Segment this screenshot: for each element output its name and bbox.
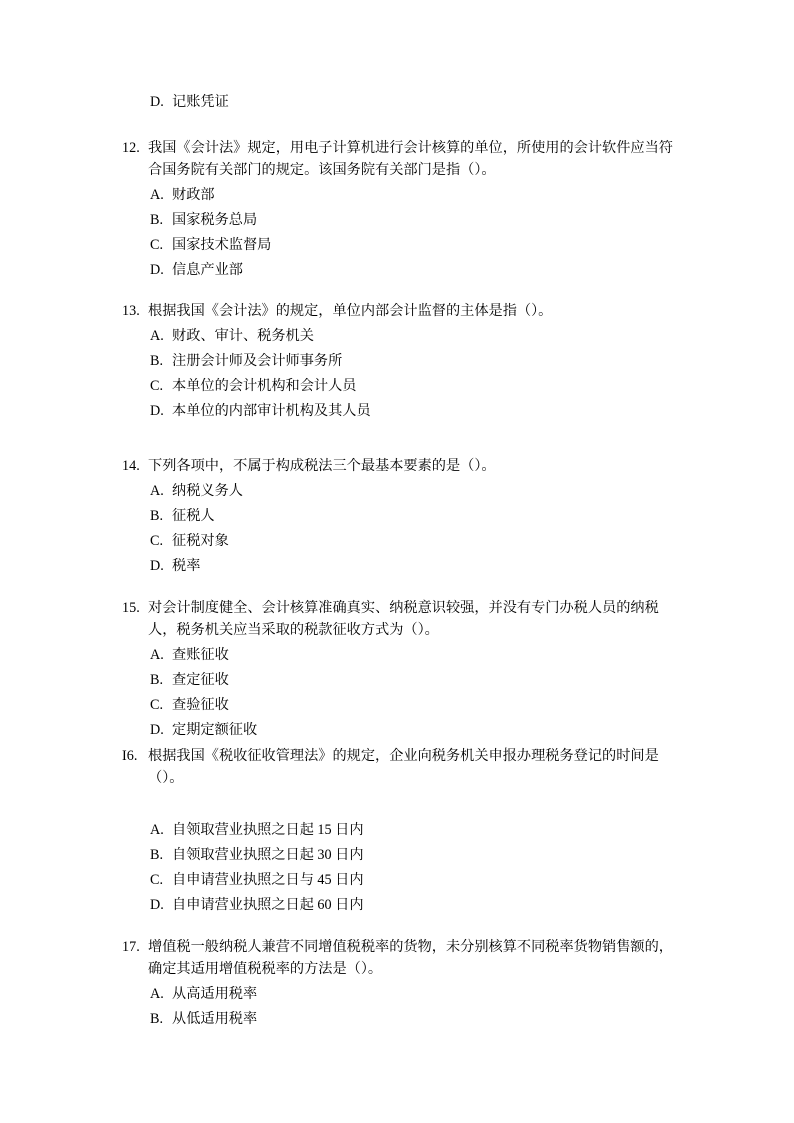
option-text: 本单位的内部审计机构及其人员 <box>172 399 674 424</box>
question-text: 根据我国《税收征收管理法》的规定，企业向税务机关申报办理税务登记的时间是（）。 <box>148 745 674 789</box>
question-row: 17. 增值税一般纳税人兼营不同增值税税率的货物，未分别核算不同税率货物销售额的… <box>120 936 674 980</box>
option-row: D. 定期定额征收 <box>150 718 674 743</box>
option-row: A. 从高适用税率 <box>150 982 674 1007</box>
option-row: C. 本单位的会计机构和会计人员 <box>150 374 674 399</box>
question-number: 14. <box>120 455 148 477</box>
option-text: 纳税义务人 <box>172 479 674 504</box>
option-text: 从高适用税率 <box>172 982 674 1007</box>
option-row: B. 国家税务总局 <box>150 208 674 233</box>
option-label: B. <box>150 504 172 529</box>
option-row: B. 征税人 <box>150 504 674 529</box>
question-number: 13. <box>120 300 148 322</box>
option-text: 记账凭证 <box>172 90 674 115</box>
question-text: 根据我国《会计法》的规定，单位内部会计监督的主体是指（）。 <box>148 300 674 322</box>
question-row: 14. 下列各项中，不属于构成税法三个最基本要素的是（）。 <box>120 455 674 477</box>
option-text: 查验征收 <box>172 693 674 718</box>
question-block: 13. 根据我国《会计法》的规定，单位内部会计监督的主体是指（）。 A. 财政、… <box>120 300 674 424</box>
option-text: 从低适用税率 <box>172 1007 674 1032</box>
option-row: C. 自申请营业执照之日与 45 日内 <box>150 868 674 893</box>
question-row: 12. 我国《会计法》规定，用电子计算机进行会计核算的单位，所使用的会计软件应当… <box>120 137 674 181</box>
option-label: A. <box>150 643 172 668</box>
question-block: I6. 根据我国《税收征收管理法》的规定，企业向税务机关申报办理税务登记的时间是… <box>120 745 674 918</box>
question-text: 对会计制度健全、会计核算准确真实、纳税意识较强，并没有专门办税人员的纳税人，税务… <box>148 597 674 641</box>
option-label: B. <box>150 843 172 868</box>
option-row: A. 查账征收 <box>150 643 674 668</box>
option-text: 注册会计师及会计师事务所 <box>172 349 674 374</box>
option-label: B. <box>150 349 172 374</box>
option-label: C. <box>150 868 172 893</box>
option-label: D. <box>150 893 172 918</box>
option-text: 财政、审计、税务机关 <box>172 324 674 349</box>
question-number: 17. <box>120 936 148 980</box>
question-number: 12. <box>120 137 148 181</box>
options-list: A. 纳税义务人 B. 征税人 C. 征税对象 D. 税率 <box>120 479 674 579</box>
option-text: 自领取营业执照之日起 30 日内 <box>172 843 674 868</box>
option-label: B. <box>150 208 172 233</box>
question-block: 14. 下列各项中，不属于构成税法三个最基本要素的是（）。 A. 纳税义务人 B… <box>120 455 674 579</box>
option-label: A. <box>150 818 172 843</box>
option-row: A. 纳税义务人 <box>150 479 674 504</box>
option-label: D. <box>150 258 172 283</box>
question-text: 我国《会计法》规定，用电子计算机进行会计核算的单位，所使用的会计软件应当符合国务… <box>148 137 674 181</box>
question-block: 15. 对会计制度健全、会计核算准确真实、纳税意识较强，并没有专门办税人员的纳税… <box>120 597 674 743</box>
option-text: 自申请营业执照之日与 45 日内 <box>172 868 674 893</box>
option-row: C. 征税对象 <box>150 529 674 554</box>
option-text: 国家税务总局 <box>172 208 674 233</box>
option-text: 信息产业部 <box>172 258 674 283</box>
option-row: B. 从低适用税率 <box>150 1007 674 1032</box>
options-list: A. 自领取营业执照之日起 15 日内 B. 自领取营业执照之日起 30 日内 … <box>120 818 674 918</box>
question-row: 15. 对会计制度健全、会计核算准确真实、纳税意识较强，并没有专门办税人员的纳税… <box>120 597 674 641</box>
question-block: 17. 增值税一般纳税人兼营不同增值税税率的货物，未分别核算不同税率货物销售额的… <box>120 936 674 1032</box>
options-list: A. 查账征收 B. 查定征收 C. 查验征收 D. 定期定额征收 <box>120 643 674 743</box>
option-label: A. <box>150 183 172 208</box>
option-label: A. <box>150 479 172 504</box>
option-label: D. <box>150 718 172 743</box>
question-text: 下列各项中，不属于构成税法三个最基本要素的是（）。 <box>148 455 674 477</box>
option-row: D. 本单位的内部审计机构及其人员 <box>150 399 674 424</box>
question-row: 13. 根据我国《会计法》的规定，单位内部会计监督的主体是指（）。 <box>120 300 674 322</box>
option-text: 征税对象 <box>172 529 674 554</box>
option-row: D. 信息产业部 <box>150 258 674 283</box>
option-text: 定期定额征收 <box>172 718 674 743</box>
option-label: B. <box>150 668 172 693</box>
option-row: B. 查定征收 <box>150 668 674 693</box>
option-label: C. <box>150 233 172 258</box>
document-page: D. 记账凭证 12. 我国《会计法》规定，用电子计算机进行会计核算的单位，所使… <box>0 0 794 1123</box>
option-label: D. <box>150 554 172 579</box>
option-text: 税率 <box>172 554 674 579</box>
question-number: 15. <box>120 597 148 641</box>
option-label: D. <box>150 90 172 115</box>
options-list: A. 财政、审计、税务机关 B. 注册会计师及会计师事务所 C. 本单位的会计机… <box>120 324 674 424</box>
option-row: D. 税率 <box>150 554 674 579</box>
option-row: A. 财政部 <box>150 183 674 208</box>
option-text: 查账征收 <box>172 643 674 668</box>
option-row: B. 自领取营业执照之日起 30 日内 <box>150 843 674 868</box>
option-row: D. 记账凭证 <box>150 90 674 115</box>
option-text: 自领取营业执照之日起 15 日内 <box>172 818 674 843</box>
option-label: B. <box>150 1007 172 1032</box>
option-text: 本单位的会计机构和会计人员 <box>172 374 674 399</box>
option-text: 查定征收 <box>172 668 674 693</box>
option-label: C. <box>150 693 172 718</box>
option-label: A. <box>150 982 172 1007</box>
options-list: A. 财政部 B. 国家税务总局 C. 国家技术监督局 D. 信息产业部 <box>120 183 674 283</box>
option-label: C. <box>150 374 172 399</box>
option-label: D. <box>150 399 172 424</box>
options-list: A. 从高适用税率 B. 从低适用税率 <box>120 982 674 1032</box>
option-text: 征税人 <box>172 504 674 529</box>
option-label: C. <box>150 529 172 554</box>
option-text: 自申请营业执照之日起 60 日内 <box>172 893 674 918</box>
option-row: D. 自申请营业执照之日起 60 日内 <box>150 893 674 918</box>
option-text: 财政部 <box>172 183 674 208</box>
question-block: 12. 我国《会计法》规定，用电子计算机进行会计核算的单位，所使用的会计软件应当… <box>120 137 674 283</box>
option-text: 国家技术监督局 <box>172 233 674 258</box>
question-number: I6. <box>120 745 148 789</box>
option-row: C. 国家技术监督局 <box>150 233 674 258</box>
option-row: A. 财政、审计、税务机关 <box>150 324 674 349</box>
question-row: I6. 根据我国《税收征收管理法》的规定，企业向税务机关申报办理税务登记的时间是… <box>120 745 674 789</box>
question-text: 增值税一般纳税人兼营不同增值税税率的货物，未分别核算不同税率货物销售额的，确定其… <box>148 936 674 980</box>
option-row: B. 注册会计师及会计师事务所 <box>150 349 674 374</box>
option-row: C. 查验征收 <box>150 693 674 718</box>
option-label: A. <box>150 324 172 349</box>
option-row: A. 自领取营业执照之日起 15 日内 <box>150 818 674 843</box>
